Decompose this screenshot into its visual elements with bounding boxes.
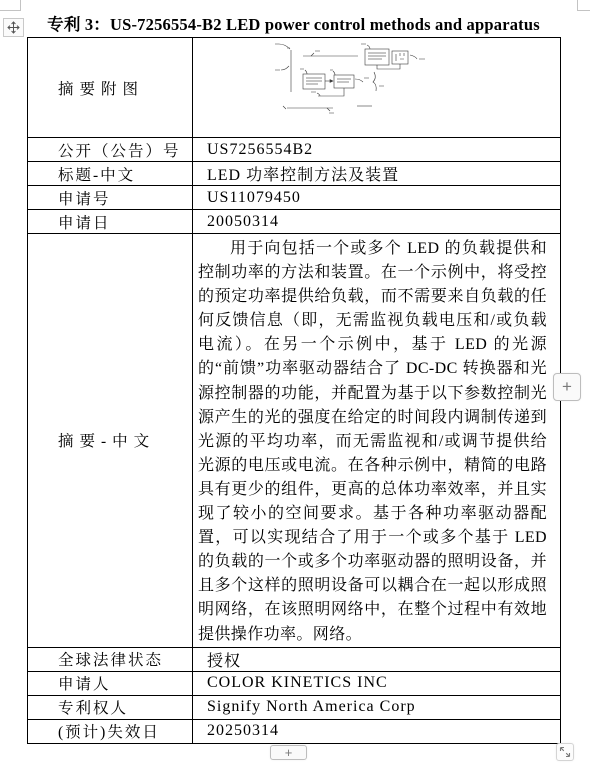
table-row: 申请号 US11079450 xyxy=(28,186,561,210)
table-move-handle[interactable] xyxy=(3,18,24,37)
plus-icon: + xyxy=(285,746,293,759)
plus-icon: + xyxy=(562,377,572,397)
table-row: 申请人 COLOR KINETICS INC xyxy=(28,671,561,695)
table-row: 标题-中文 LED 功率控制方法及装置 xyxy=(28,162,561,186)
value-cell[interactable]: LED 功率控制方法及装置 xyxy=(193,162,561,186)
row-label: 标题-中文 xyxy=(58,167,135,184)
figure-cell[interactable] xyxy=(193,38,561,138)
text-boundary-corner-mark xyxy=(0,0,21,11)
row-value: 20050314 xyxy=(207,213,279,230)
label-cell[interactable]: 申请人 xyxy=(28,671,193,695)
label-cell[interactable]: 专利权人 xyxy=(28,695,193,719)
patent-info-table: 摘要附图 xyxy=(27,37,561,744)
row-value: Signify North America Corp xyxy=(207,698,416,715)
row-label: 公开（公告）号 xyxy=(58,143,181,160)
row-label: 专利权人 xyxy=(58,700,128,717)
label-cell[interactable]: 摘要附图 xyxy=(28,38,193,138)
value-cell[interactable]: 授权 xyxy=(193,647,561,671)
table-row: 申请日 20050314 xyxy=(28,210,561,234)
diagonal-resize-icon xyxy=(557,744,573,760)
row-label: 申请日 xyxy=(58,215,111,232)
page-title: 专利 3：US-7256554-B2 LED power control met… xyxy=(27,11,560,35)
add-row-button[interactable]: + xyxy=(270,745,307,760)
row-value: US11079450 xyxy=(207,189,301,206)
table-row: (预计)失效日 20250314 xyxy=(28,719,561,743)
add-column-button[interactable]: + xyxy=(553,373,581,401)
abstract-text: 用于向包括一个或多个 LED 的负载提供和控制功率的方法和装置。在一个示例中，将… xyxy=(198,237,547,647)
patent-abstract-figure[interactable] xyxy=(273,42,433,120)
row-label: 摘要附图 xyxy=(58,81,144,98)
row-value: COLOR KINETICS INC xyxy=(207,674,388,691)
value-cell[interactable]: 20250314 xyxy=(193,719,561,743)
value-cell[interactable]: Signify North America Corp xyxy=(193,695,561,719)
move-arrows-icon xyxy=(7,21,20,34)
value-cell[interactable]: 用于向包括一个或多个 LED 的负载提供和控制功率的方法和装置。在一个示例中，将… xyxy=(193,234,561,648)
table-row: 公开（公告）号 US7256554B2 xyxy=(28,138,561,162)
value-cell[interactable]: US11079450 xyxy=(193,186,561,210)
row-label: 摘要-中文 xyxy=(58,433,155,450)
label-cell[interactable]: 标题-中文 xyxy=(28,162,193,186)
row-value: 授权 xyxy=(207,653,241,670)
document-page: 专利 3：US-7256554-B2 LED power control met… xyxy=(0,0,590,764)
label-cell[interactable]: 全球法律状态 xyxy=(28,647,193,671)
label-cell[interactable]: 摘要-中文 xyxy=(28,234,193,648)
row-label: 申请人 xyxy=(58,676,111,693)
value-cell[interactable]: COLOR KINETICS INC xyxy=(193,671,561,695)
table-row: 摘要-中文 用于向包括一个或多个 LED 的负载提供和控制功率的方法和装置。在一… xyxy=(28,234,561,648)
value-cell[interactable]: 20050314 xyxy=(193,210,561,234)
text-boundary-corner-mark xyxy=(577,0,590,11)
row-label: (预计)失效日 xyxy=(58,724,160,741)
label-cell[interactable]: 申请号 xyxy=(28,186,193,210)
row-value: US7256554B2 xyxy=(207,141,313,158)
label-cell[interactable]: 公开（公告）号 xyxy=(28,138,193,162)
value-cell[interactable]: US7256554B2 xyxy=(193,138,561,162)
table-row: 全球法律状态 授权 xyxy=(28,647,561,671)
row-label: 申请号 xyxy=(58,191,111,208)
row-label: 全球法律状态 xyxy=(58,652,163,669)
label-cell[interactable]: (预计)失效日 xyxy=(28,719,193,743)
table-row: 专利权人 Signify North America Corp xyxy=(28,695,561,719)
row-value: 20250314 xyxy=(207,722,279,739)
row-value: LED 功率控制方法及装置 xyxy=(207,167,399,184)
table-row: 摘要附图 xyxy=(28,38,561,138)
label-cell[interactable]: 申请日 xyxy=(28,210,193,234)
table-resize-handle[interactable] xyxy=(556,743,574,761)
